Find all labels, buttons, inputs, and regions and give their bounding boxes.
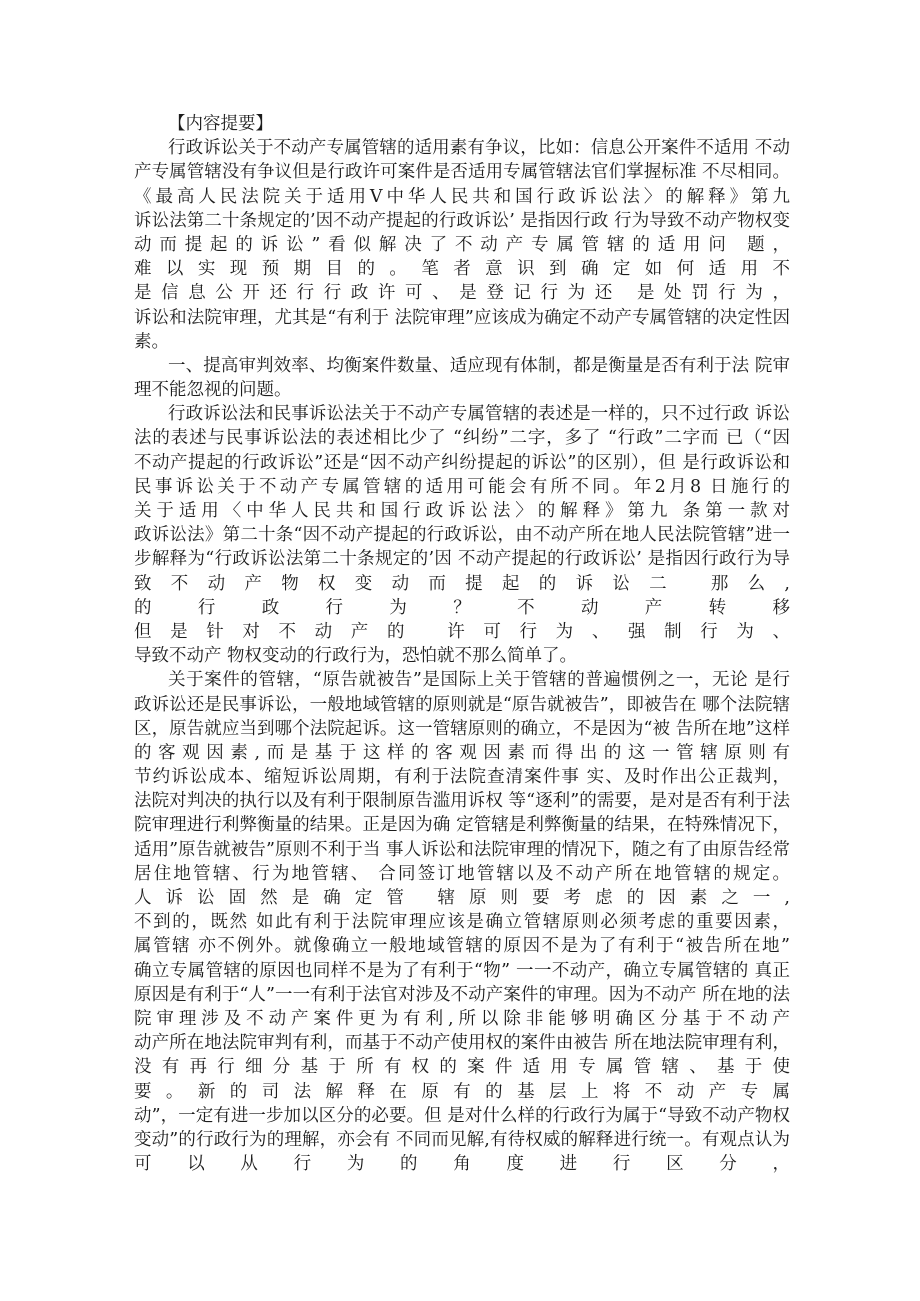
text-line: 院审理涉及不动产案件更为有利,所以除非能够明确区分基于不动产 所有权的案件由不 [134, 1007, 790, 1031]
text-line: 政诉讼还是民事诉讼，一般地域管辖的原则就是“原告就被告”，即被告在 哪个法院辖 [134, 693, 790, 717]
text-line: 难以实现预期目的。笔者意识到确定如何适用不 动产专属管辖考量对象不应过分集中在 [134, 257, 790, 281]
text-line: 没有再行细分基于所有权的案件适用专属管辖、基于使 用权的案件不适用专属管辖的必 [134, 1055, 790, 1079]
document-page: 【内容提要】行政诉讼关于不动产专属管辖的适用素有争议，比如：信息公开案件不适用 … [0, 0, 920, 1301]
text-line: 变动”的行政行为的理解，亦会有 不同而见解,有待权威的解释进行统一。有观点认为 [134, 1128, 790, 1152]
text-line: 素。 [134, 330, 790, 354]
text-line: 民事诉讼关于不动产专属管辖的适用可能会有所不同。年2月8 日施行的《最高人民法院 [134, 475, 790, 499]
text-line: 行政诉讼关于不动产专属管辖的适用素有争议，比如：信息公开案件不适用 不动 [134, 136, 790, 160]
text-line: 政诉讼法》第二十条“因不动产提起的行政诉讼，由不动产所在地人民法院管辖”进一 [134, 523, 790, 547]
text-line: 不动产提起的行政诉讼”还是“因不动产纠纷提起的诉讼”的区别），但 是行政诉讼和 [134, 451, 790, 475]
text-block: 【内容提要】行政诉讼关于不动产专属管辖的适用素有争议，比如：信息公开案件不适用 … [134, 112, 790, 1176]
text-line: 原因是有利于“人”一一有利于法官对涉及不动产案件的审理。因为不动产 所在地的法 [134, 983, 790, 1007]
text-line: 的行政行为？不动产转移 登记行为属于导致不动产物权变动的行政行为不应该有争议， [134, 596, 790, 620]
text-line: 是信息公开还行行政许可、是登记行为还 是处罚行为，而应该集中在是否有利于当事人 [134, 281, 790, 305]
text-line: 产专属管辖没有争议但是行政许可案件是否适用专属管辖法官们掌握标准 不尽相同。 [134, 160, 790, 184]
text-line: 不到的，既然 如此有利于法院审理应该是确立管辖原则必须考虑的重要因素，不动产专 [134, 910, 790, 934]
text-line: 节约诉讼成本、缩短诉讼周期，有利于法院查清案件事 实、及时作出公正裁判，有利于 [134, 765, 790, 789]
text-line: 行政诉讼法和民事诉讼法关于不动产专属管辖的表述是一样的，只不过行政 诉讼 [134, 402, 790, 426]
text-line: 动”，一定有进一步加以区分的必要。但 是对什么样的行政行为属于“导致不动产物权 [134, 1104, 790, 1128]
text-line: 诉讼法第二十条规定的’因不动产提起的行政诉讼’ 是指因行政 行为导致不动产物权变 [134, 209, 790, 233]
text-line: 居住地管辖、行为地管辖、 合同签订地管辖以及不动产所在地管辖的规定。有利于当事 [134, 862, 790, 886]
text-line: 《最高人民法院关于适用V中华人民共和国行政诉讼法〉的解释》第九 条第一款“行政 [134, 185, 790, 209]
text-line: 关于适用〈中华人民共和国行政诉讼法〉的解释》第九 条第一款对《中华人民共和国行 [134, 499, 790, 523]
text-line: 的客观因素,而是基于这样的客观因素而得出的这一管辖原则有 利于法院送达法律文书、 [134, 741, 790, 765]
text-line: 法的表述与民事诉讼法的表述相比少了 “纠纷”二字，多了 “行政”二字而 已（“因 [134, 426, 790, 450]
text-line: 动而提起的诉讼”看似解决了不动产专属管辖的适用问 题，但是结合到具体案件中恐怕 [134, 233, 790, 257]
text-line: 理不能忽视的问题。 [134, 378, 790, 402]
text-line: 可以从行为的角度进行区分， 比如登记行为就属于“导致不动产物权变动”的行政行为， [134, 1152, 790, 1176]
text-line: 动产所在地法院审判有利，而基于不动产使用权的案件由被告 所在地法院审理有利，就 [134, 1031, 790, 1055]
text-line: 步解释为“行政诉讼法第二十条规定的’因 不动产提起的行政诉讼’ 是指因行政行为导 [134, 547, 790, 571]
text-line: 致不动产物权变动而提起的诉讼二 那么,什么样的行政行为属于“导致不动产物权变动” [134, 572, 790, 596]
text-line: 院审理进行利弊衡量的结果。正是因为确 定管辖是利弊衡量的结果，在特殊情况下，当 [134, 813, 790, 837]
text-line: 确立专属管辖的原因也同样不是为了有利于“物” 一一不动产，确立专属管辖的 真正 [134, 959, 790, 983]
text-line: 人诉讼固然是确定管 辖原则要考虑的因素之一,但是对原被告双方都有利有的时候是办 [134, 886, 790, 910]
text-line: 适用”原告就被告”原则不利于当 事人诉讼和法院审理的情况下，随之有了由原告经常 [134, 838, 790, 862]
text-line: 一、提高审判效率、均衡案件数量、适应现有体制，都是衡量是否有利于法 院审 [134, 354, 790, 378]
text-line: 区，原告就应当到哪个法院起诉。这一管辖原则的确立，不是因为“被 告所在地”这样 [134, 717, 790, 741]
text-line: 属管辖 亦不例外。就像确立一般地域管辖的原因不是为了有利于“被告所在地” 一样， [134, 934, 790, 958]
text-line: 要。新的司法解释在原有的基层上将不动产专属 管辖进一步解释为“导致不动产物权变 [134, 1080, 790, 1104]
abstract-heading: 【内容提要】 [134, 112, 790, 136]
text-line: 但是针对不动产的 许可行为、强制行为、行政协议以及不动产变更登记行为等是否属于 [134, 620, 790, 644]
text-line: 诉讼和法院审理，尤其是“有利于 法院审理”应该成为确定不动产专属管辖的决定性因 [134, 306, 790, 330]
text-line: 法院对判决的执行以及有利于限制原告滥用诉权 等“逐利”的需要，是对是否有利于法 [134, 789, 790, 813]
text-line: 关于案件的管辖，“原告就被告”是国际上关于管辖的普遍惯例之一，无论 是行 [134, 668, 790, 692]
text-line: 导致不动产 物权变动的行政行为，恐怕就不那么简单了。 [134, 644, 790, 668]
